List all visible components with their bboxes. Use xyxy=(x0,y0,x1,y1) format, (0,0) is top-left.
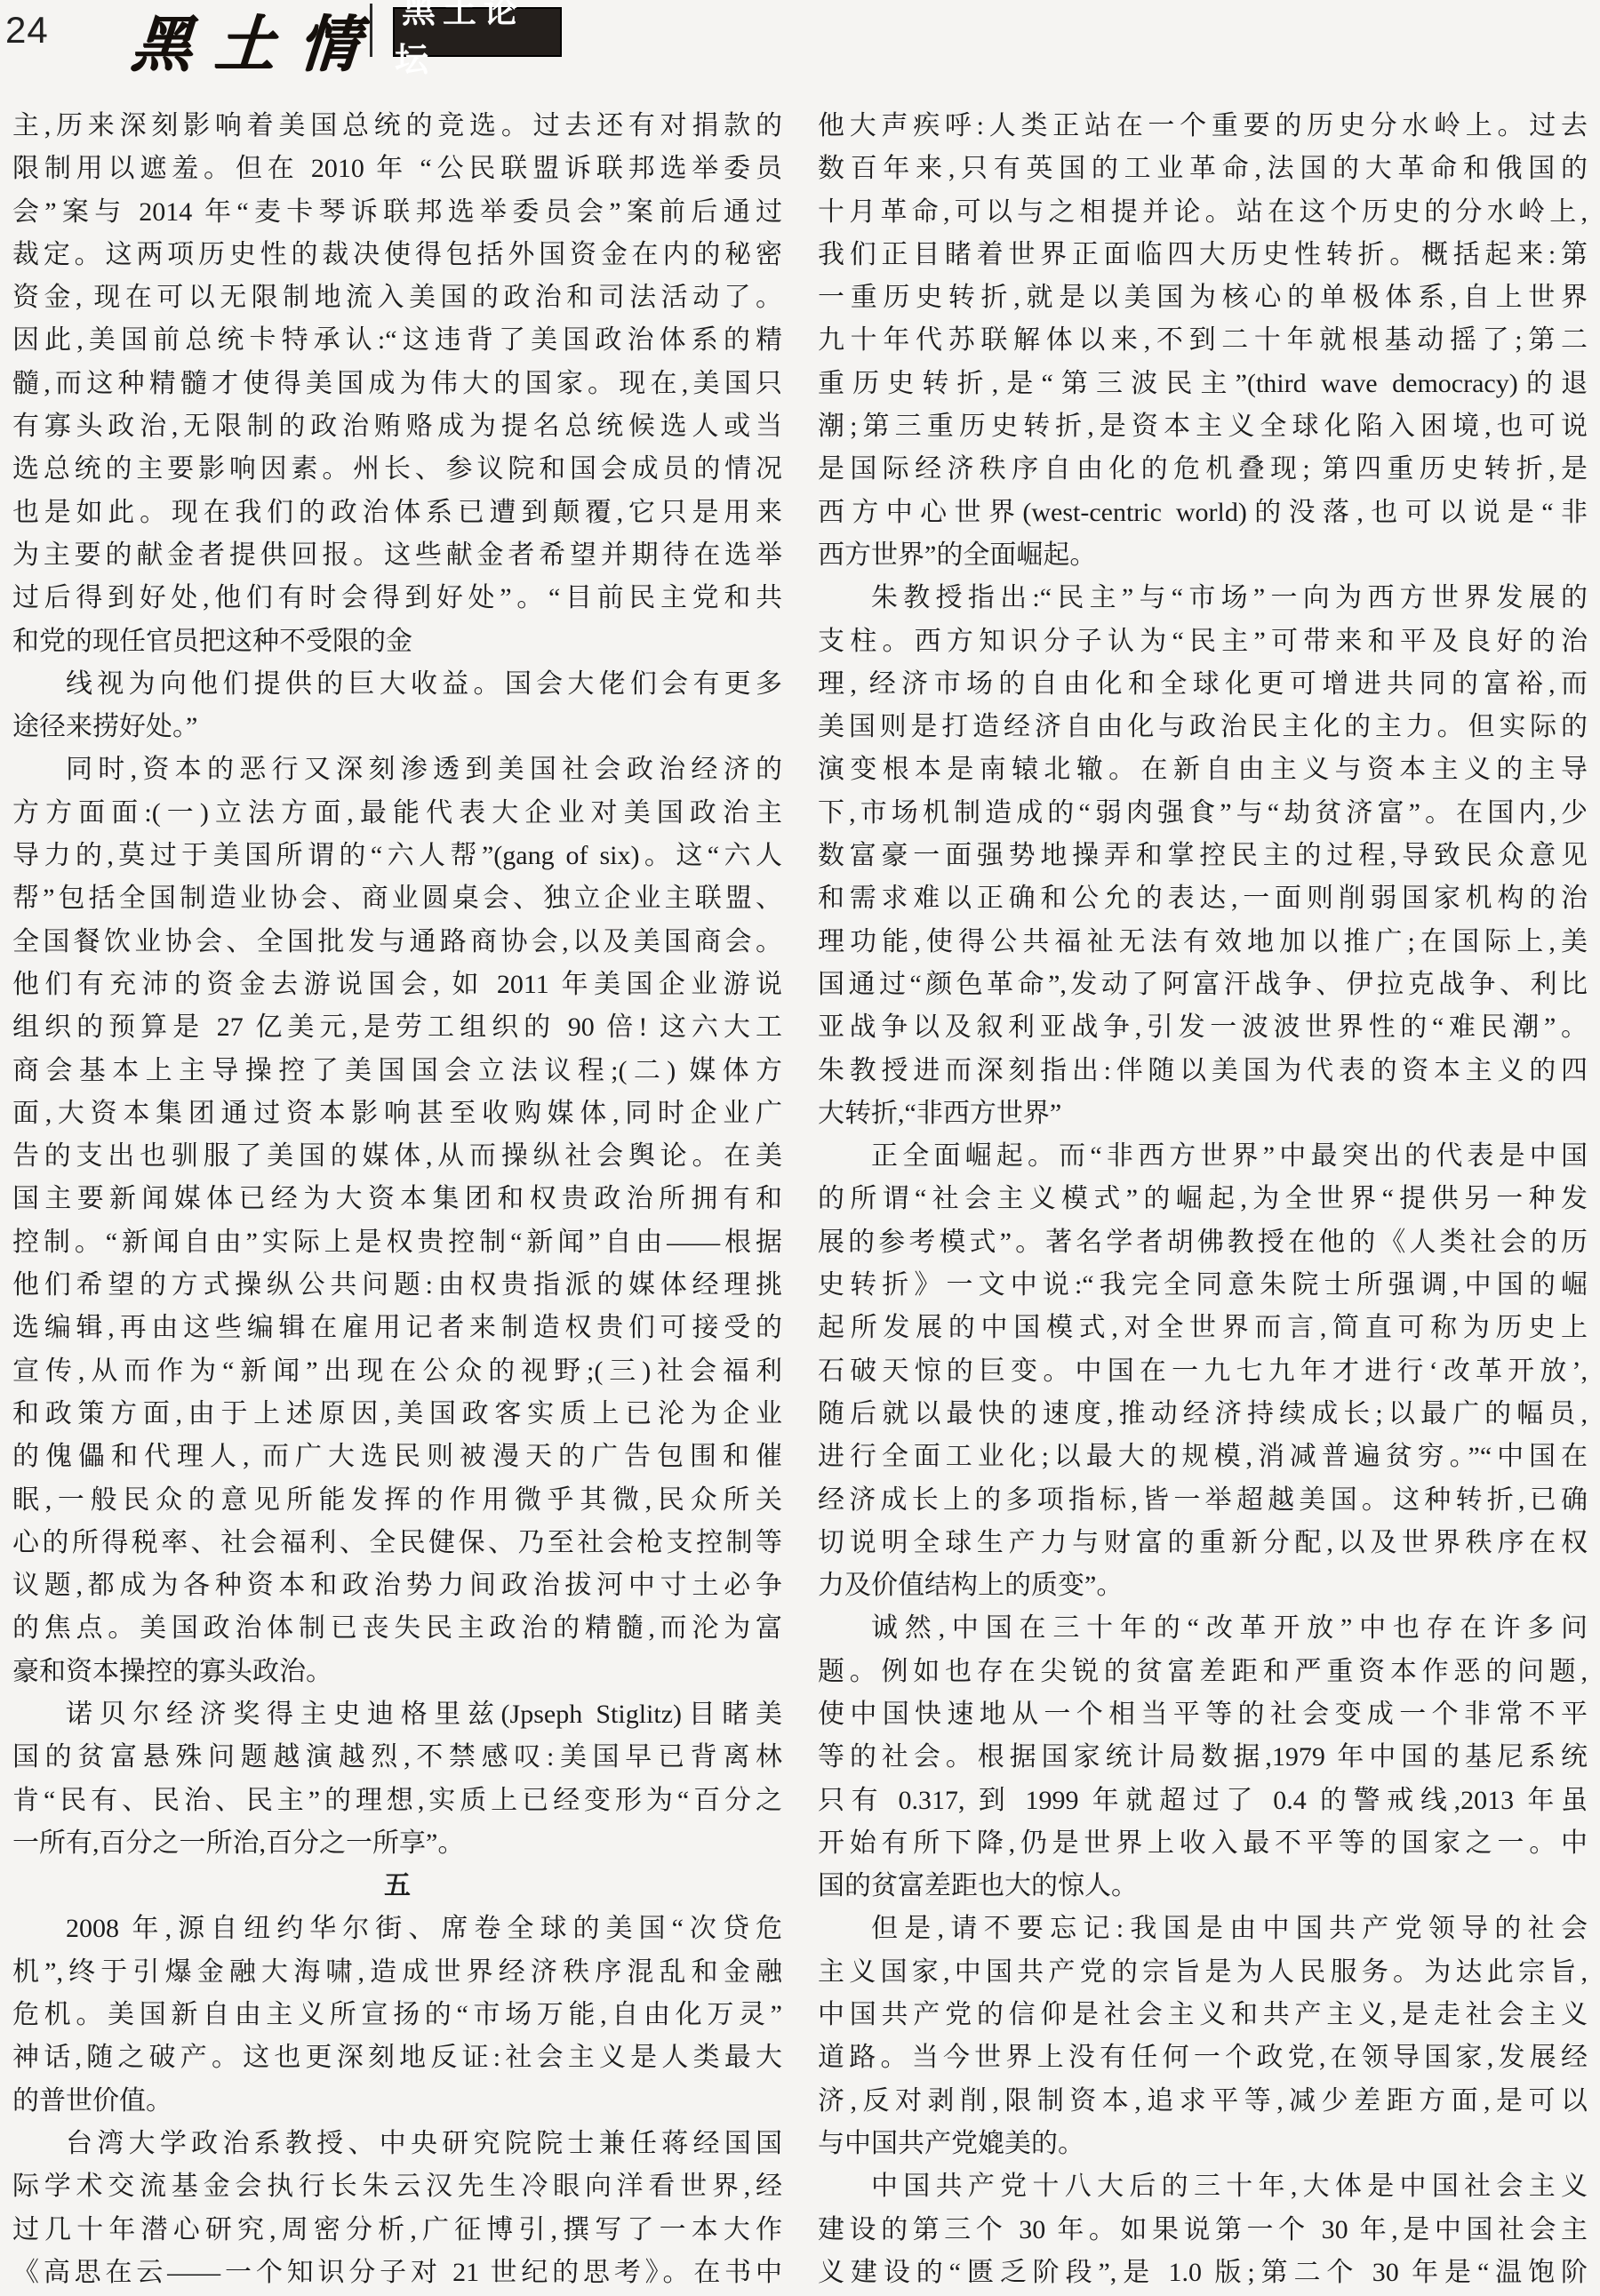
article-body: 主,历来深刻影响着美国总统的竞选。过去还有对捐款的限制用以遮羞。但在 2010 … xyxy=(0,62,1600,2294)
text-line: 诚然,中国在三十年的“改革开放”中也存在许多问 xyxy=(818,1607,1588,1650)
text-line: 选编辑,再由这些编辑在雇用记者来制造权贵们可接受的 xyxy=(12,1307,782,1349)
text-line: 道路。当今世界上没有任何一个政党,在领导国家,发展经 xyxy=(818,2036,1588,2079)
section-badge-label: 黑土论坛 xyxy=(395,0,560,81)
text-line: 控制。“新闻自由”实际上是权贵控制“新闻”自由——根据 xyxy=(12,1221,782,1264)
text-line: 2008 年,源自纽约华尔街、席卷全球的美国“次贷危 xyxy=(12,1908,782,1950)
text-line: 中国共产党十八大后的三十年,大体是中国社会主义 xyxy=(818,2165,1588,2208)
text-line: 告的支出也驯服了美国的媒体,从而操纵社会舆论。在美 xyxy=(12,1135,782,1178)
text-line: 展的参考模式”。著名学者胡佛教授在他的《人类社会的历 xyxy=(818,1221,1588,1264)
text-line: 的普世价值。 xyxy=(12,2080,782,2123)
text-line: 途径来捞好处。” xyxy=(12,706,782,748)
text-line: 正全面崛起。而“非西方世界”中最突出的代表是中国 xyxy=(818,1135,1588,1178)
text-line: 开始有所下降,仍是世界上收入最不平等的国家之一。中 xyxy=(818,1822,1588,1865)
text-line: 力及价值结构上的质变”。 xyxy=(818,1564,1588,1607)
text-line: 豪和资本操控的寡头政治。 xyxy=(12,1651,782,1693)
text-line: 际学术交流基金会执行长朱云汉先生冷眼向洋看世界,经 xyxy=(12,2165,782,2208)
text-line: 西方中心世界(west-centric world)的没落,也可以说是“非 xyxy=(818,492,1588,534)
text-line: 限制用以遮羞。但在 2010 年 “公民联盟诉联邦选举委员 xyxy=(12,148,782,190)
text-line: 进行全面工业化;以最大的规模,消减普遍贫穷。”“中国在 xyxy=(818,1436,1588,1478)
text-line: 选总统的主要影响因素。州长、参议院和国会成员的情况 xyxy=(12,448,782,491)
text-line: 九十年代苏联解体以来,不到二十年就根基动摇了;第二 xyxy=(818,319,1588,362)
text-line: 的焦点。美国政治体制已丧失民主政治的精髓,而沦为富 xyxy=(12,1607,782,1650)
text-line: 美国则是打造经济自由化与政治民主化的主力。但实际的 xyxy=(818,706,1588,748)
text-line: 下,市场机制造成的“弱肉强食”与“劫贫济富”。在国内,少 xyxy=(818,792,1588,835)
text-line: 大转折,“非西方世界” xyxy=(818,1092,1588,1135)
text-line: 同时,资本的恶行又深刻渗透到美国社会政治经济的 xyxy=(12,748,782,791)
text-line: 与中国共产党媲美的。 xyxy=(818,2123,1588,2165)
page-header: 24 黑土情 黑土论坛 xyxy=(0,0,1600,62)
text-line: 台湾大学政治系教授、中央研究院院士兼任蒋经国国 xyxy=(12,2123,782,2165)
text-line: 的所谓“社会主义模式”的崛起,为全世界“提供另一种发 xyxy=(818,1178,1588,1220)
text-line: 因此,美国前总统卡特承认:“这违背了美国政治体系的精 xyxy=(12,319,782,362)
text-line: 髓,而这种精髓才使得美国成为伟大的国家。现在,美国只 xyxy=(12,363,782,405)
text-line: 商会基本上主导操控了美国国会立法议程;(二) 媒体方 xyxy=(12,1050,782,1092)
section-badge: 黑土论坛 xyxy=(393,7,562,57)
text-line: 石破天惊的巨变。中国在一九七九年才进行‘改革开放’, xyxy=(818,1350,1588,1393)
text-line: 国的贫富差距也大的惊人。 xyxy=(818,1865,1588,1908)
text-line: 肯“民有、民治、民主”的理想,实质上已经变形为“百分之 xyxy=(12,1780,782,1822)
text-line: 十月革命,可以与之相提并论。站在这个历史的分水岭上, xyxy=(818,191,1588,234)
text-line: 神话,随之破产。这也更深刻地反证:社会主义是人类最大 xyxy=(12,2036,782,2079)
text-line: 和政策方面,由于上述原因,美国政客实质上已沦为企业 xyxy=(12,1393,782,1436)
text-line: 诺贝尔经济奖得主史迪格里兹(Jpseph Stiglitz)目睹美 xyxy=(12,1693,782,1736)
text-line: 中国共产党的信仰是社会主义和共产主义,是走社会主义 xyxy=(818,1994,1588,2036)
text-line: 全国餐饮业协会、全国批发与通路商协会,以及美国商会。 xyxy=(12,921,782,964)
journal-page: { "page": { "number": "24" }, "header": … xyxy=(0,0,1600,2296)
text-line: 主义国家,中国共产党的宗旨是为人民服务。为达此宗旨, xyxy=(818,1951,1588,1994)
text-line: 建设的第三个 30 年。如果说第一个 30 年,是中国社会主 xyxy=(818,2209,1588,2252)
text-line: 机”,终于引爆金融大海啸,造成世界经济秩序混乱和金融 xyxy=(12,1951,782,1994)
header-divider xyxy=(370,4,372,57)
text-line: 起所发展的中国模式,对全世界而言,简直可称为历史上 xyxy=(818,1307,1588,1349)
text-line: 资金, 现在可以无限制地流入美国的政治和司法活动了。 xyxy=(12,276,782,319)
text-line: 和党的现任官员把这种不受限的金 xyxy=(12,620,782,663)
text-line: 的傀儡和代理人, 而广大选民则被漫天的广告包围和催 xyxy=(12,1436,782,1478)
text-line: 方方面面:(一)立法方面,最能代表大企业对美国政治主 xyxy=(12,792,782,835)
text-line: 切说明全球生产力与财富的重新分配,以及世界秩序在权 xyxy=(818,1522,1588,1564)
text-line: 亚战争以及叙利亚战争,引发一波波世界性的“难民潮”。 xyxy=(818,1006,1588,1049)
text-line: 潮;第三重历史转折,是资本主义全球化陷入困境,也可说 xyxy=(818,405,1588,448)
text-line: 裁定。这两项历史性的裁决使得包括外国资金在内的秘密 xyxy=(12,234,782,276)
text-line: 国通过“颜色革命”,发动了阿富汗战争、伊拉克战争、利比 xyxy=(818,964,1588,1006)
text-line: 过几十年潜心研究,周密分析,广征博引,撰写了一本大作 xyxy=(12,2209,782,2252)
text-line: 我们正目睹着世界正面临四大历史性转折。概括起来:第 xyxy=(818,234,1588,276)
text-line: 随后就以最快的速度,推动经济持续成长;以最广的幅员, xyxy=(818,1393,1588,1436)
text-line: 义建设的“匮乏阶段”,是 1.0 版;第二个 30 年是“温饱阶 xyxy=(818,2252,1588,2294)
text-line: 理, 经济市场的自由化和全球化更可增进共同的富裕,而 xyxy=(818,663,1588,706)
text-line: 题。例如也存在尖锐的贫富差距和严重资本作恶的问题, xyxy=(818,1651,1588,1693)
text-line: 是国际经济秩序自由化的危机叠现; 第四重历史转折,是 xyxy=(818,448,1588,491)
magazine-logo: 黑土情 xyxy=(129,0,386,83)
text-line: 支柱。西方知识分子认为“民主”可带来和平及良好的治 xyxy=(818,620,1588,663)
section-heading: 五 xyxy=(12,1865,782,1908)
text-line: 心的所得税率、社会福利、全民健保、乃至社会枪支控制等 xyxy=(12,1522,782,1564)
text-line: 主,历来深刻影响着美国总统的竞选。过去还有对捐款的 xyxy=(12,105,782,148)
left-column: 主,历来深刻影响着美国总统的竞选。过去还有对捐款的限制用以遮羞。但在 2010 … xyxy=(12,105,782,2294)
text-line: 但是,请不要忘记:我国是由中国共产党领导的社会 xyxy=(818,1908,1588,1950)
text-line: 和需求难以正确和公允的表达,一面则削弱国家机构的治 xyxy=(818,877,1588,920)
text-line: 理功能,使得公共福祉无法有效地加以推广;在国际上,美 xyxy=(818,921,1588,964)
text-line: 他们希望的方式操纵公共问题:由权贵指派的媒体经理挑 xyxy=(12,1264,782,1307)
right-column: 他大声疾呼:人类正站在一个重要的历史分水岭上。过去数百年来,只有英国的工业革命,… xyxy=(818,105,1588,2294)
text-line: 经济成长上的多项指标,皆一举超越美国。这种转折,已确 xyxy=(818,1479,1588,1522)
text-line: 一重历史转折,就是以美国为核心的单极体系,自上世界 xyxy=(818,276,1588,319)
text-line: 会”案与 2014 年“麦卡琴诉联邦选举委员会”案前后通过 xyxy=(12,191,782,234)
text-line: 等的社会。根据国家统计局数据,1979 年中国的基尼系统 xyxy=(818,1736,1588,1779)
text-line: 面,大资本集团通过资本影响甚至收购媒体,同时企业广 xyxy=(12,1092,782,1135)
text-line: 济,反对剥削,限制资本,追求平等,减少差距方面,是可以 xyxy=(818,2080,1588,2123)
text-line: 也是如此。现在我们的政治体系已遭到颠覆,它只是用来 xyxy=(12,492,782,534)
text-line: 使中国快速地从一个相当平等的社会变成一个非常不平 xyxy=(818,1693,1588,1736)
text-line: 国的贫富悬殊问题越演越烈,不禁感叹:美国早已背离林 xyxy=(12,1736,782,1779)
text-line: 眠,一般民众的意见所能发挥的作用微乎其微,民众所关 xyxy=(12,1479,782,1522)
text-line: 西方世界”的全面崛起。 xyxy=(818,534,1588,577)
text-line: 帮”包括全国制造业协会、商业圆桌会、独立企业主联盟、 xyxy=(12,877,782,920)
text-line: 《高思在云——一个知识分子对 21 世纪的思考》。在书中 xyxy=(12,2252,782,2294)
text-line: 危机。美国新自由主义所宣扬的“市场万能,自由化万灵” xyxy=(12,1994,782,2036)
text-line: 为主要的献金者提供回报。这些献金者希望并期待在选举 xyxy=(12,534,782,577)
text-line: 议题,都成为各种资本和政治势力间政治拔河中寸土必争 xyxy=(12,1564,782,1607)
text-line: 组织的预算是 27 亿美元,是劳工组织的 90 倍! 这六大工 xyxy=(12,1006,782,1049)
text-line: 数百年来,只有英国的工业革命,法国的大革命和俄国的 xyxy=(818,148,1588,190)
text-line: 重历史转折,是“第三波民主”(third wave democracy)的退 xyxy=(818,363,1588,405)
text-line: 史转折》一文中说:“我完全同意朱院士所强调,中国的崛 xyxy=(818,1264,1588,1307)
text-line: 线视为向他们提供的巨大收益。国会大佬们会有更多 xyxy=(12,663,782,706)
text-line: 有寡头政治,无限制的政治贿赂成为提名总统候选人或当 xyxy=(12,405,782,448)
text-line: 导力的,莫过于美国所谓的“六人帮”(gang of six)。这“六人 xyxy=(12,835,782,877)
text-line: 数富豪一面强势地操弄和掌控民主的过程,导致民众意见 xyxy=(818,835,1588,877)
text-line: 宣传,从而作为“新闻”出现在公众的视野;(三)社会福利 xyxy=(12,1350,782,1393)
text-line: 朱教授进而深刻指出:伴随以美国为代表的资本主义的四 xyxy=(818,1050,1588,1092)
text-line: 只有 0.317, 到 1999 年就超过了 0.4 的警戒线,2013 年虽 xyxy=(818,1780,1588,1822)
text-line: 他大声疾呼:人类正站在一个重要的历史分水岭上。过去 xyxy=(818,105,1588,148)
text-line: 国主要新闻媒体已经为大资本集团和权贵政治所拥有和 xyxy=(12,1178,782,1220)
text-line: 朱教授指出:“民主”与“市场”一向为西方世界发展的 xyxy=(818,577,1588,620)
text-line: 演变根本是南辕北辙。在新自由主义与资本主义的主导 xyxy=(818,748,1588,791)
text-line: 过后得到好处,他们有时会得到好处”。“目前民主党和共 xyxy=(12,577,782,620)
text-line: 一所有,百分之一所治,百分之一所享”。 xyxy=(12,1822,782,1865)
page-number: 24 xyxy=(5,9,49,52)
text-line: 他们有充沛的资金去游说国会, 如 2011 年美国企业游说 xyxy=(12,964,782,1006)
